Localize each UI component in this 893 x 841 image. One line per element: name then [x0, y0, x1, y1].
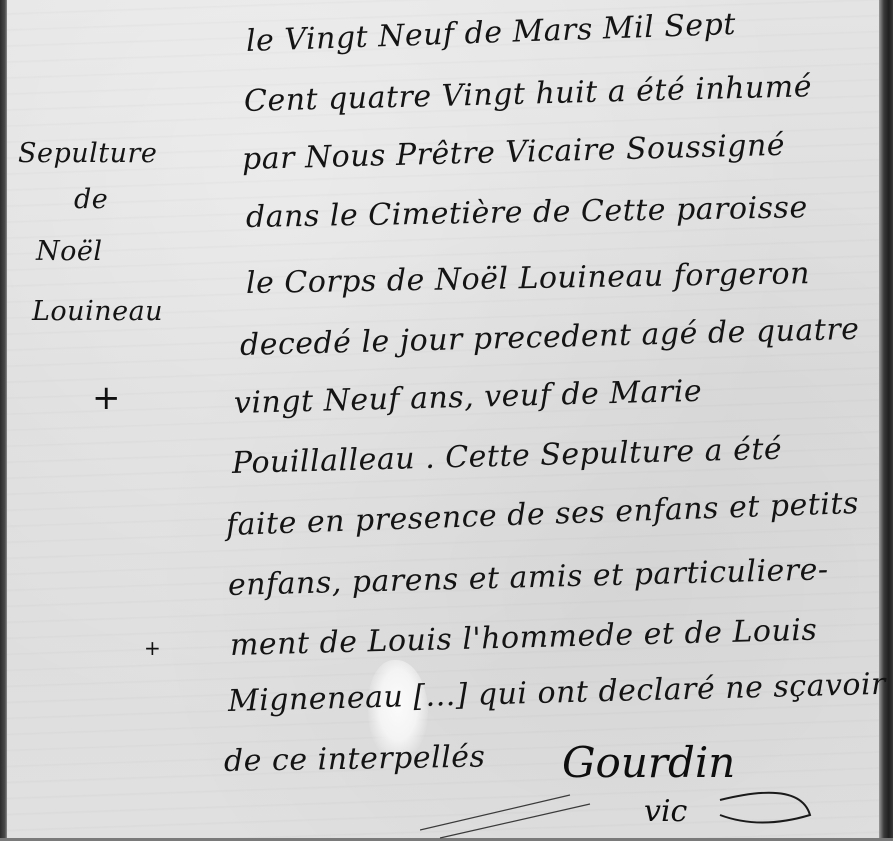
margin-line-sepulture: Sepulture [18, 138, 157, 169]
entry-line-11: ment de Louis l'hommede et de Louis [230, 613, 818, 663]
entry-line-10: enfans, parens et amis et particuliere- [228, 552, 829, 603]
entry-line-12: Migneneau [...] qui ont declaré ne sçavo… [228, 667, 887, 719]
entry-line-2: Cent quatre Vingt huit a été inhumé [244, 69, 813, 119]
cross-mark-small: + [144, 636, 161, 660]
signature-name: Gourdin [562, 738, 735, 787]
entry-line-6: decedé le jour precedent agé de quatre [240, 312, 860, 363]
register-page: Sepulture de Noël Louineau + + le Vingt … [0, 0, 893, 841]
paper-texture [0, 0, 893, 841]
entry-line-1: le Vingt Neuf de Mars Mil Sept [245, 7, 736, 59]
entry-line-4: dans le Cimetière de Cette paroisse [246, 190, 808, 235]
entry-line-8: Pouillalleau . Cette Sepulture a été [232, 432, 783, 481]
signature-flourish-lines [420, 790, 860, 840]
margin-line-de: de [74, 184, 108, 215]
entry-line-5: le Corps de Noël Louineau forgeron [246, 256, 811, 301]
cross-mark: + [92, 378, 121, 418]
entry-line-9: faite en presence de ses enfans et petit… [225, 486, 859, 543]
entry-line-3: par Nous Prêtre Vicaire Soussigné [242, 128, 786, 177]
right-binding-edge [879, 0, 893, 841]
left-binding-edge [0, 0, 7, 841]
margin-line-louineau: Louineau [32, 296, 163, 327]
entry-line-7: vingt Neuf ans, veuf de Marie [234, 374, 703, 421]
margin-line-noel: Noël [36, 236, 103, 267]
entry-line-13: de ce interpellés [224, 739, 486, 779]
